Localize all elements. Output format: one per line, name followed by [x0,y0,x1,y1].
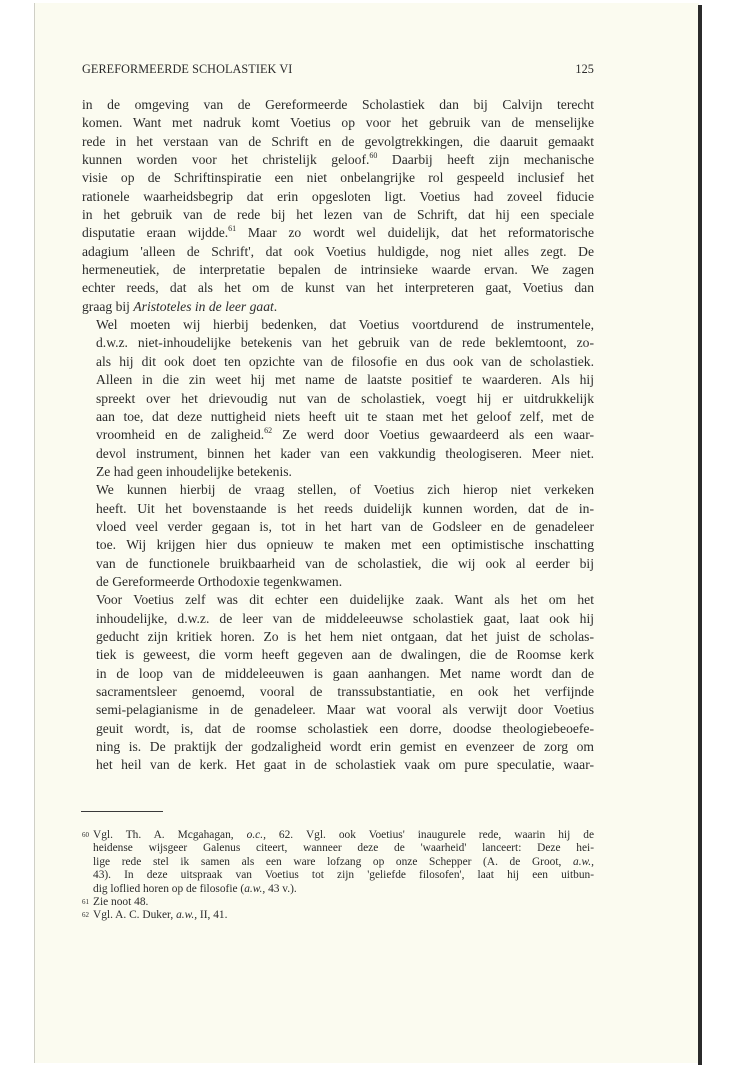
paragraph-2: Wel moeten wij hierbij bedenken, dat Voe… [82,316,594,481]
text-span: Daarbij heeft zijn mechanische [377,152,594,167]
text-line: rationele waarheidsbegrip dat erin opges… [82,188,594,206]
text-line: Voor Voetius zelf was dit echter een dui… [82,591,594,609]
footnote-line: heidense wijsgeer Galenus citeert, wanne… [93,842,594,855]
paragraph-4: Voor Voetius zelf was dit echter een dui… [82,591,594,774]
text-line: het heil van de kerk. Het gaat in de sch… [82,756,594,774]
text-line: vloed veel verder gegaan is, tot in het … [82,518,594,536]
footnote-ref-62[interactable]: 62 [264,426,272,435]
text-line: semi-pelagianisme in de genadeleer. Maar… [82,701,594,719]
text-span: disputatie eraan wijdde. [82,225,228,240]
text-line: Alleen in die zin weet hij met name de l… [82,371,594,389]
text-line: vroomheid en de zaligheid.62 Ze werd doo… [82,426,594,444]
text-line: geducht zijn kritiek horen. Zo is het he… [82,628,594,646]
body-text: in de omgeving van de Gereformeerde Scho… [82,96,594,775]
text-line: Ze had geen inhoudelijke betekenis. [82,463,594,481]
footnote-mark: 62 [82,909,89,922]
text-line: rede in het verstaan van de Schrift en d… [82,133,594,151]
footnote-61: 61Zie noot 48. [82,896,594,909]
text-line: van de functionele bruikbaarheid van de … [82,555,594,573]
footnote-line: Vgl. Th. A. Mcgahagan, o.c., 62. Vgl. oo… [93,829,594,842]
text-line: d.w.z. niet-inhoudelijke betekenis van h… [82,334,594,352]
footnote-line: dig loflied horen op de filosofie (a.w.,… [93,883,594,896]
paragraph-3: We kunnen hierbij de vraag stellen, of V… [82,481,594,591]
text-span: Maar zo wordt wel duidelijk, dat het ref… [236,225,594,240]
running-head: GEREFORMEERDE SCHOLASTIEK VI 125 [82,62,594,78]
text-line: als hij dit ook doet ten opzichte van de… [82,353,594,371]
text-line: echter reeds, dat als het om de kunst va… [82,279,594,297]
text-line: adagium 'alleen de Schrift', dat ook Voe… [82,243,594,261]
footnote-60: 60Vgl. Th. A. Mcgahagan, o.c., 62. Vgl. … [82,829,594,896]
text-line: in de omgeving van de Gereformeerde Scho… [82,96,594,114]
page-number: 125 [575,62,594,77]
text-line: sacramentsleer genoemd, vooral de transs… [82,683,594,701]
footnote-mark: 60 [82,829,89,842]
footnote-line: Zie noot 48. [93,896,594,909]
text-line: aan toe, dat deze nuttigheid niets heeft… [82,408,594,426]
text-line: visie op de Schriftinspiratie een niet o… [82,169,594,187]
text-line: disputatie eraan wijdde.61 Maar zo wordt… [82,224,594,242]
text-span: vroomheid en de zaligheid. [96,427,264,442]
running-head-title: GEREFORMEERDE SCHOLASTIEK VI [82,62,292,77]
footnote-62: 62Vgl. A. C. Duker, a.w., II, 41. [82,909,594,922]
italic-text: Aristoteles in de leer gaat [133,299,273,314]
italic-text: o.c., [247,829,266,841]
text-line: hermeneutiek, de interpretatie bepalen d… [82,261,594,279]
text-line: inhoudelijke, d.w.z. de leer van de midd… [82,610,594,628]
text-line: heeft. Uit het bovenstaande is het reeds… [82,500,594,518]
italic-text: a.w., [244,883,265,895]
text-line: komen. Want met nadruk komt Voetius op v… [82,114,594,132]
italic-text: a.w., [573,856,594,868]
text-line: devol instrument, binnen het kader van e… [82,445,594,463]
text-span: Ze werd door Voetius gewaardeerd als een… [272,427,594,442]
text-line: geuit wordt, is, dat de roomse scholasti… [82,720,594,738]
paragraph-1: in de omgeving van de Gereformeerde Scho… [82,96,594,316]
page-edge-shadow [698,5,702,1065]
italic-text: a.w., [176,909,197,921]
text-line: de Gereformeerde Orthodoxie tegenkwamen. [82,573,594,591]
footnote-mark: 61 [82,896,89,909]
footnote-line: Vgl. A. C. Duker, a.w., II, 41. [93,909,594,922]
text-line: graag bij Aristoteles in de leer gaat. [82,298,594,316]
text-span: kunnen worden voor het christelijk geloo… [82,152,369,167]
text-line: Wel moeten wij hierbij bedenken, dat Voe… [82,316,594,334]
text-line: spreekt over het drievoudig nut van de s… [82,390,594,408]
text-line: in de loop van de middeleeuwen is gaan a… [82,665,594,683]
footnote-line: 43). In deze uitspraak van Voetius tot z… [93,869,594,882]
text-line: kunnen worden voor het christelijk geloo… [82,151,594,169]
text-span: graag bij Aristoteles in de leer gaat. [82,299,277,314]
footnote-separator [81,811,163,812]
footnote-line: lige rede stel ik samen als een ware lof… [93,856,594,869]
text-line: tiek is geweest, die vorm heeft gegeven … [82,646,594,664]
text-line: ning is. De praktijk der godzaligheid wo… [82,738,594,756]
text-line: in het gebruik van de rede bij het lezen… [82,206,594,224]
footnotes: 60Vgl. Th. A. Mcgahagan, o.c., 62. Vgl. … [82,829,594,923]
text-line: We kunnen hierbij de vraag stellen, of V… [82,481,594,499]
footnote-ref-61[interactable]: 61 [228,224,236,233]
text-line: toe. Wij krijgen hier dus opnieuw te mak… [82,536,594,554]
